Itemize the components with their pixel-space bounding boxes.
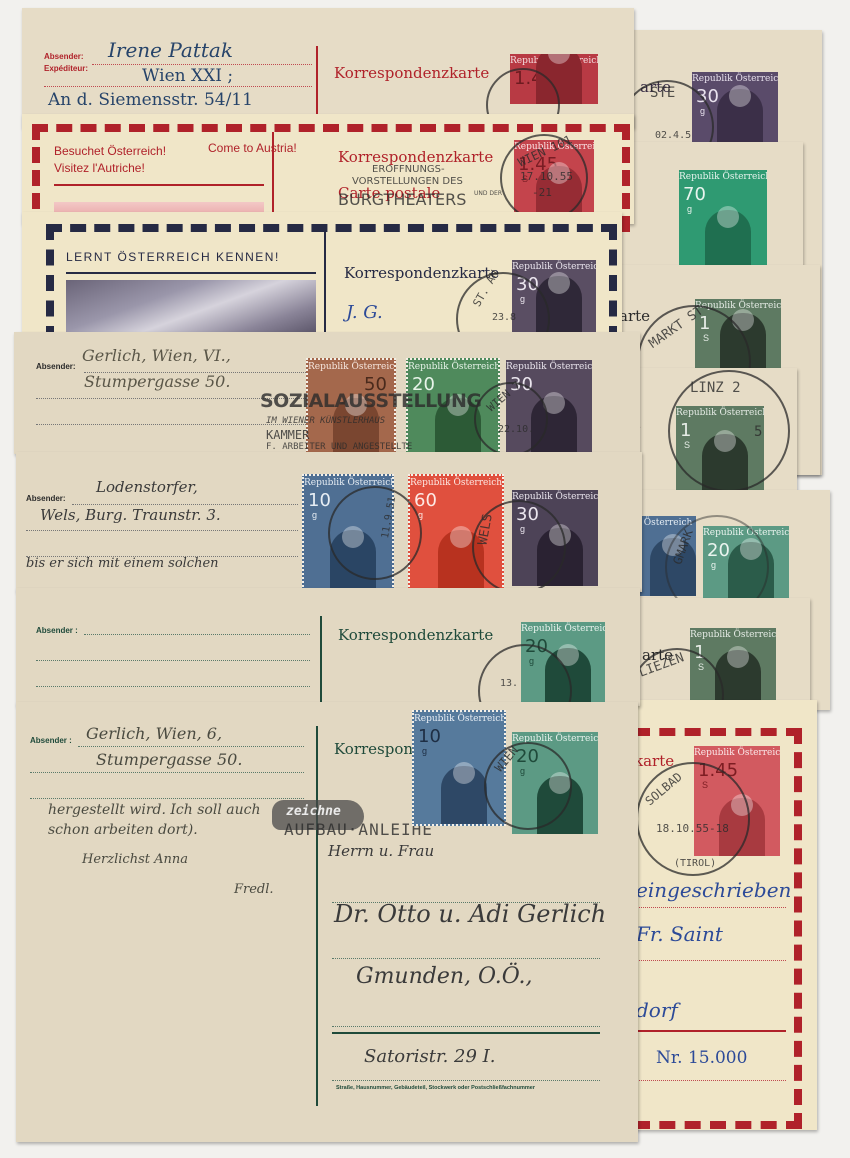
card-title: Korrespon xyxy=(334,740,413,758)
address-line: eingeschrieben xyxy=(636,878,791,902)
sender-street: Stumpergasse 50. xyxy=(96,750,242,769)
promo-text-en: Come to Austria! xyxy=(208,141,297,155)
slogan-line: AUFBAU·ANLEIHE xyxy=(284,820,433,839)
slogan-line: UND DER xyxy=(474,190,502,197)
slogan-line: EROFFNUNGS- xyxy=(372,164,445,175)
sender-city: Wien XXI ; xyxy=(142,66,233,86)
postmark-region: (TIROL) xyxy=(674,858,716,869)
handwriting: J. G. xyxy=(346,302,383,323)
postcard-2: Besuchet Österreich! Come to Austria! Vi… xyxy=(22,114,634,224)
postmark-city: STE xyxy=(650,85,675,101)
slogan-line: VORSTELLUNGEN DES xyxy=(352,176,463,187)
postmark-text: 13. xyxy=(500,678,518,689)
postcard-right-2: te Republik Österreich 70 g xyxy=(615,142,803,272)
sender-name: Irene Pattak xyxy=(108,38,233,62)
promo-text-fr: Visitez l'Autriche! xyxy=(54,161,145,175)
sender-label: Absender: xyxy=(44,52,84,61)
postmark-time: -21 xyxy=(532,186,552,199)
postcard-right-6: arte Republik Österreich 1 S LIEZEN xyxy=(618,598,810,710)
postcard-1: Absender: Expéditeur: Irene Pattak Wien … xyxy=(22,8,634,128)
address-footnote: Straße, Hausnummer, Gebäudeteil, Stockwe… xyxy=(336,1085,535,1091)
message-line: schon arbeiten dort). xyxy=(48,822,198,838)
postmark-city: LINZ 2 xyxy=(690,380,741,396)
postcard-5: Absender: Lodenstorfer, Wels, Burg. Trau… xyxy=(16,452,642,592)
postmark-date: 5 xyxy=(754,424,762,440)
slogan-line: IM WIENER KÜNSTLERHAUS xyxy=(266,416,385,426)
postcard-4: Absender: Gerlich, Wien, VI., Stumpergas… xyxy=(14,332,640,454)
sender-label: Absender : xyxy=(36,626,78,635)
postmark-date: 17.10.55 xyxy=(520,170,573,183)
postcard-right-7: karte Republik Österreich 1.45 S SOLBAD … xyxy=(622,700,817,1130)
message-line: hergestellt wird. Ich soll auch xyxy=(48,802,260,818)
card-title-fragment: arte xyxy=(619,307,650,325)
sender-street: Wels, Burg. Traunstr. 3. xyxy=(40,506,221,524)
recipient-city: Gmunden, O.Ö., xyxy=(356,964,533,989)
slogan-line: BURGTHEATERS xyxy=(338,190,466,209)
postmark-circle xyxy=(484,742,572,830)
recipient-name: Dr. Otto u. Adi Gerlich xyxy=(334,900,606,928)
promo-text: LERNT ÖSTERREICH KENNEN! xyxy=(66,250,280,264)
postcard-3: LERNT ÖSTERREICH KENNEN! Korrespondenzka… xyxy=(22,212,622,334)
slogan-line: zeichne xyxy=(286,804,341,819)
sender-name: Gerlich, Wien, VI., xyxy=(82,346,231,365)
card-title: Korrespondenzkarte xyxy=(334,64,489,82)
postcard-7: Absender : Gerlich, Wien, 6, Stumpergass… xyxy=(16,702,638,1142)
message-line: Fredl. xyxy=(234,882,274,897)
stamp-70g-green: Republik Österreich 70 g xyxy=(679,170,767,268)
address-line: dorf xyxy=(636,998,678,1022)
sender-street: Stumpergasse 50. xyxy=(84,372,230,391)
slogan-line: KAMMER xyxy=(266,428,309,442)
postmark-circle xyxy=(328,486,422,580)
address-line: Nr. 15.000 xyxy=(656,1048,747,1068)
postmark-date: 02.4.5 xyxy=(655,130,691,141)
postcard-6: Absender : Korrespondenzkarte Republik Ö… xyxy=(16,588,640,706)
sender-label: Absender: xyxy=(26,494,66,503)
recipient-street: Satoristr. 29 I. xyxy=(364,1046,496,1067)
sender-label: Absender : xyxy=(30,736,72,745)
postmark-date: 22.10. xyxy=(498,424,534,435)
mountain-photo xyxy=(66,280,316,334)
postcard-right-4: e Republik Österreich 1 S LINZ 2 5 xyxy=(632,368,797,493)
message-fragment: bis er sich mit einem solchen xyxy=(26,556,219,571)
slogan-line: F. ARBEITER UND ANGESTELLTE xyxy=(266,442,412,452)
recipient-salutation: Herrn u. Frau xyxy=(328,842,434,860)
sender-name: Gerlich, Wien, 6, xyxy=(86,724,222,743)
postmark-date: 23.8 xyxy=(492,312,516,323)
promo-text-de: Besuchet Österreich! xyxy=(54,144,166,158)
sender-name: Lodenstorfer, xyxy=(96,478,198,496)
sender-label-fr: Expéditeur: xyxy=(44,64,88,73)
sender-street: An d. Siemensstr. 54/11 xyxy=(48,90,253,110)
postmark-date: 18.10.55-18 xyxy=(656,822,729,835)
address-line: Fr. Saint xyxy=(636,922,723,946)
slogan-line: SOZIALAUSSTELLUNG xyxy=(260,390,481,412)
message-line: Herzlichst Anna xyxy=(82,852,188,867)
sender-label: Absender: xyxy=(36,362,76,371)
card-title: Korrespondenzkarte xyxy=(338,626,493,644)
